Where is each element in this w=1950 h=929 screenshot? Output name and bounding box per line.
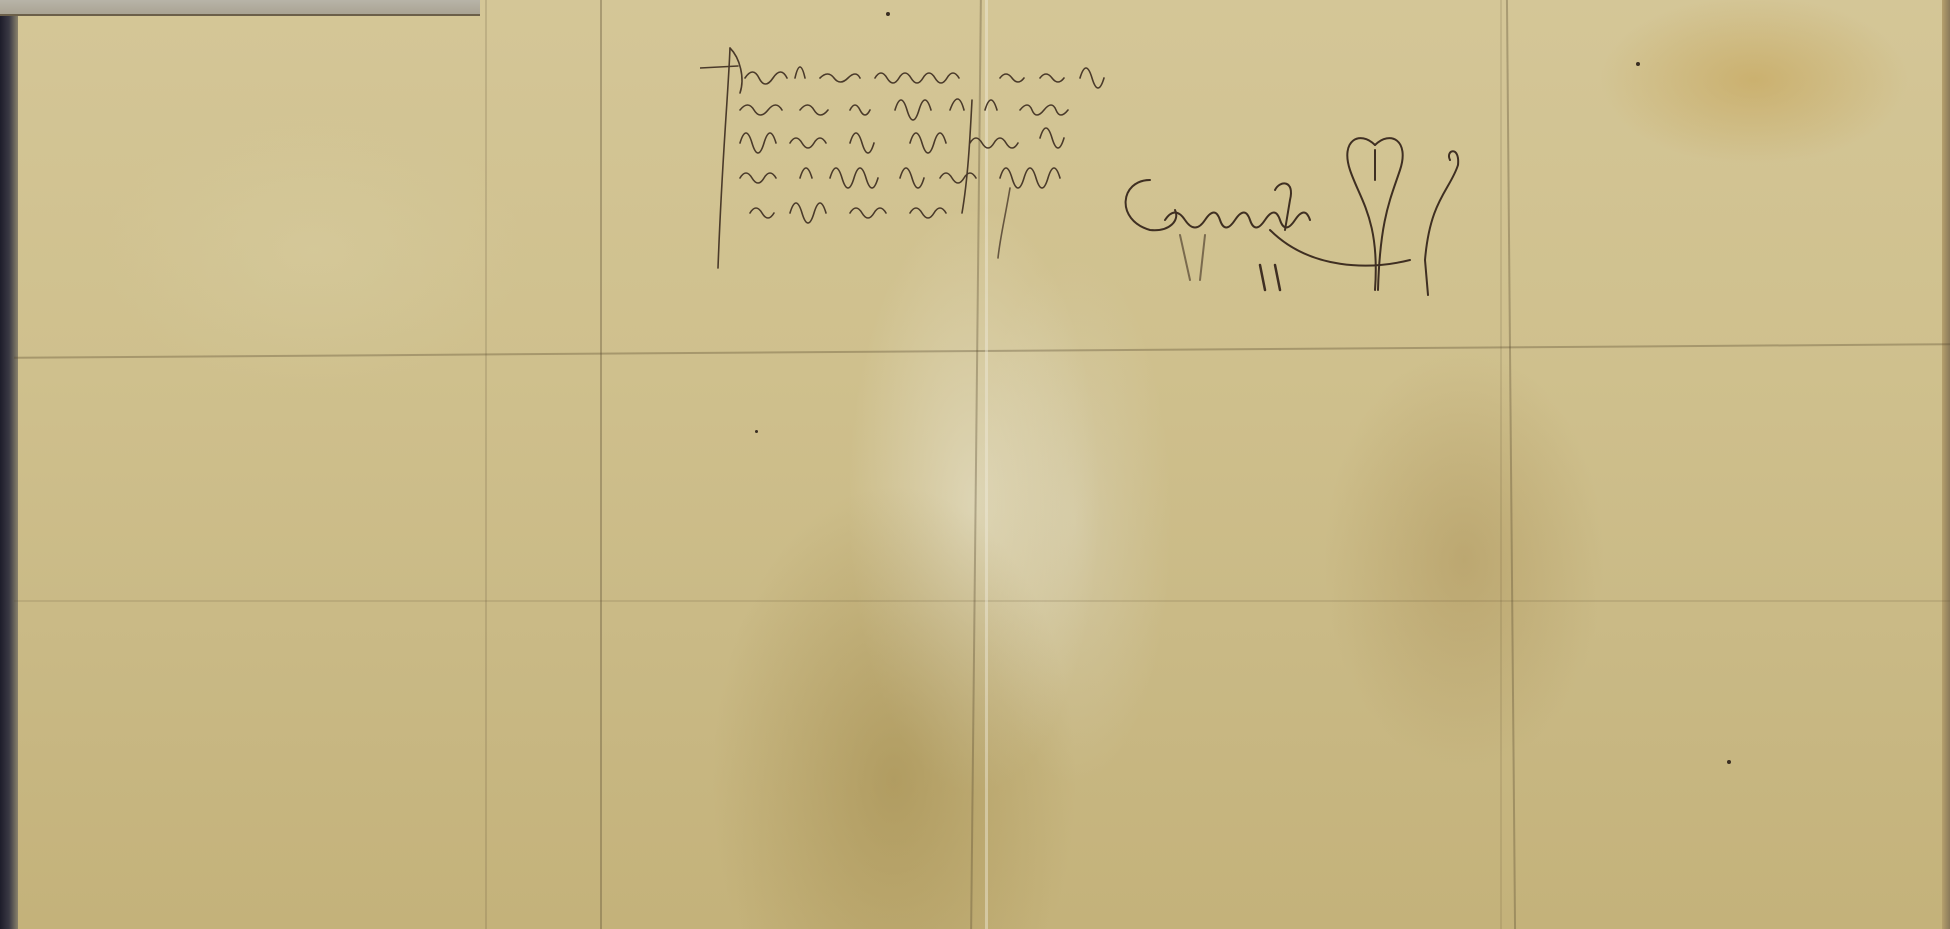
top-overlapping-strip [0, 0, 480, 16]
ink-spot [1636, 62, 1640, 66]
fold-line-vertical [600, 0, 602, 929]
signature-text: Derechelecon [1170, 215, 1296, 236]
notarial-signature: Derechelecon [1110, 120, 1490, 310]
ink-spot [1727, 760, 1731, 764]
fold-line-horizontal [14, 600, 1950, 602]
ink-spot [886, 12, 890, 16]
left-dark-edge [0, 0, 18, 929]
right-edge [1942, 0, 1950, 929]
fold-line-vertical [485, 0, 487, 929]
ink-spot [755, 430, 758, 433]
fold-line-vertical [1500, 0, 1502, 929]
